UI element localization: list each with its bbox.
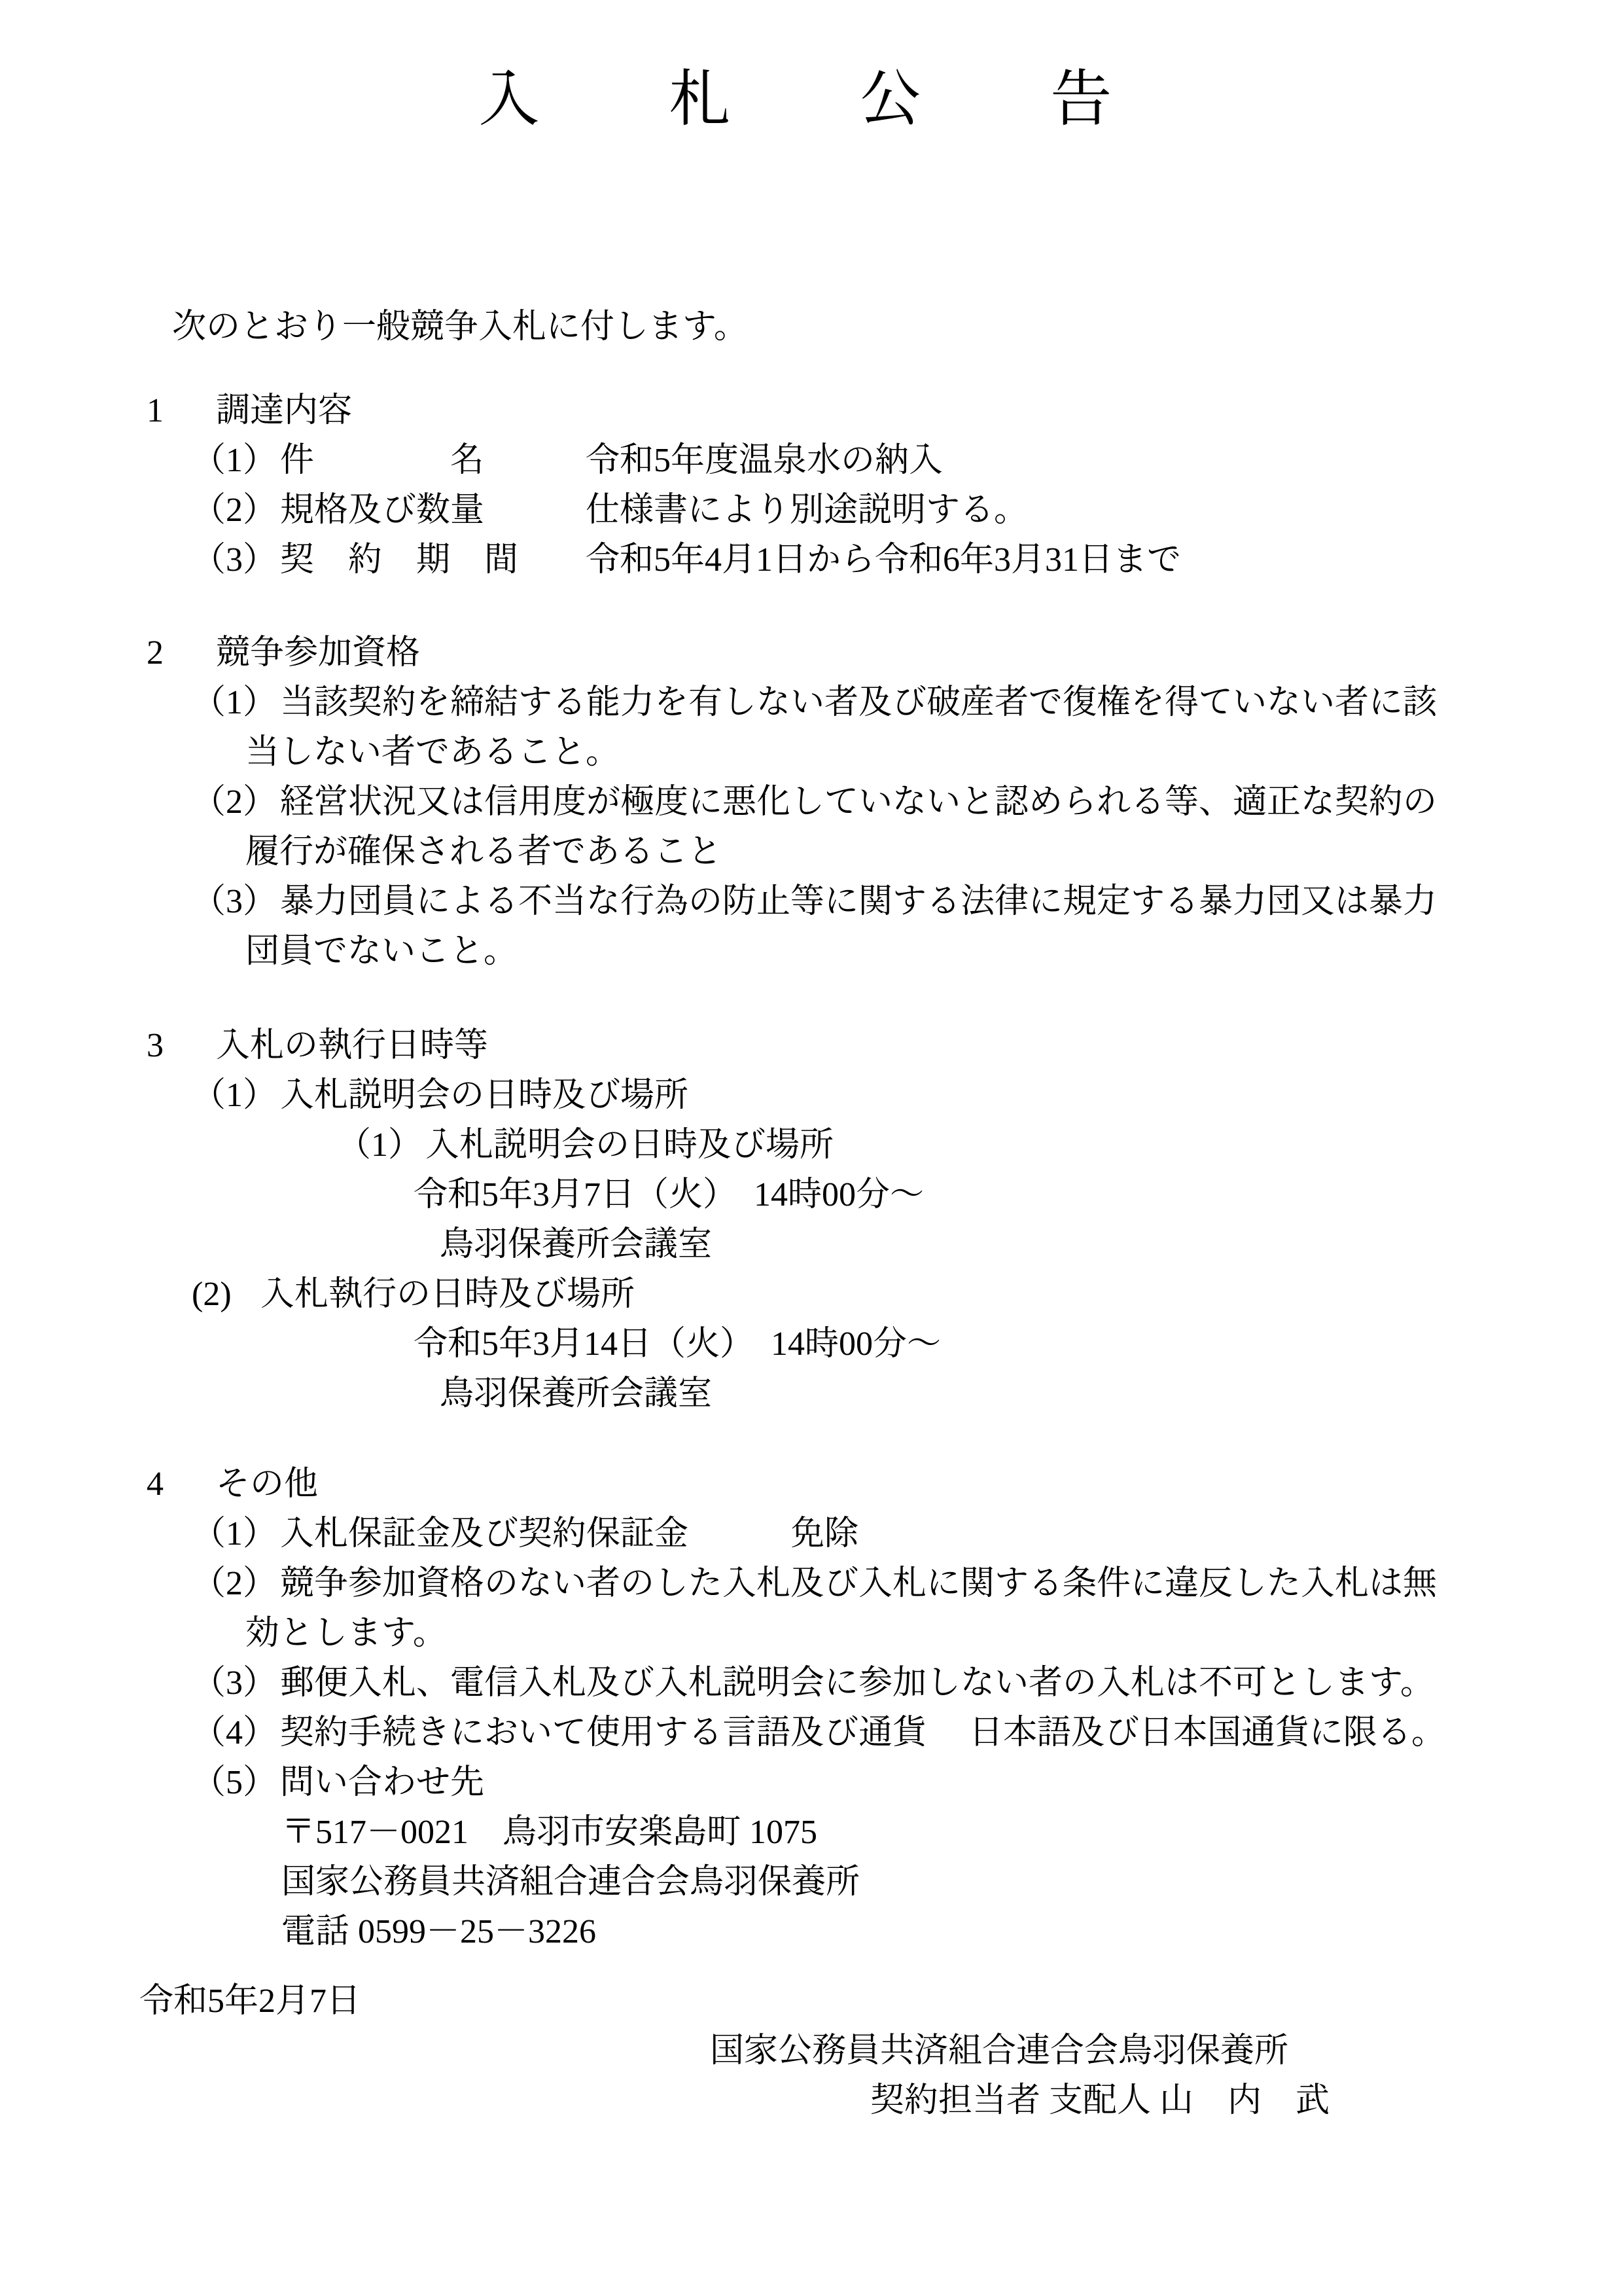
item-marker: （1）	[192, 1071, 280, 1121]
item-marker: （4）	[192, 1708, 280, 1758]
section-4-item-2: （2）競争参加資格のない者のした入札及び入札に関する条件に違反した入札は無	[0, 1559, 1624, 1609]
item-text: 競争参加資格のない者のした入札及び入札に関する条件に違反した入札は無	[280, 1565, 1437, 1602]
item-label: 規格及び数量	[280, 486, 586, 535]
item-marker: （3）	[192, 1659, 280, 1708]
issuing-organization: 国家公務員共済組合連合会鳥羽保養所	[0, 2026, 1624, 2076]
section-1-item-1: （1）件 名令和5年度温泉水の納入	[0, 436, 1624, 486]
section-1-number: 1	[147, 386, 216, 436]
bid-announcement-page: 入 札 公 告 次のとおり一般競争入札に付します。 1調達内容 （1）件 名令和…	[0, 0, 1624, 2296]
item-label: 件 名	[280, 436, 586, 486]
section-4-item-1: （1）入札保証金及び契約保証金 免除	[0, 1509, 1624, 1559]
item-text: 入札保証金及び契約保証金 免除	[280, 1515, 858, 1552]
item-marker: （2）	[192, 486, 280, 535]
item-marker: （2）	[192, 1559, 280, 1609]
item-marker: (2)	[192, 1270, 260, 1319]
section-4-heading: 4その他	[0, 1460, 1624, 1509]
section-3-item-1-nested: （1）入札説明会の日時及び場所	[0, 1121, 1624, 1170]
section-2-heading: 2競争参加資格	[0, 628, 1624, 678]
contact-organization: 国家公務員共済組合連合会鳥羽保養所	[0, 1857, 1624, 1907]
contact-telephone: 電話 0599－25－3226	[0, 1907, 1624, 1957]
item-marker: （5）	[192, 1758, 280, 1808]
section-2-item-2-continuation: 履行が確保される者であること	[0, 827, 1624, 877]
item-value: 令和5年4月1日から令和6年3月31日まで	[586, 541, 1181, 579]
item-marker: （1）	[192, 678, 280, 728]
section-4-title: その他	[216, 1465, 318, 1503]
section-4-item-5: （5）問い合わせ先	[0, 1758, 1624, 1808]
bid-venue: 鳥羽保養所会議室	[0, 1369, 1624, 1419]
section-3-number: 3	[147, 1021, 216, 1071]
item-marker: （3）	[192, 535, 280, 585]
section-2-item-3-continuation: 団員でないこと。	[0, 927, 1624, 977]
briefing-venue: 鳥羽保養所会議室	[0, 1220, 1624, 1270]
item-marker: （1）	[192, 1509, 280, 1559]
section-4-number: 4	[147, 1460, 216, 1509]
section-4-item-4: （4）契約手続きにおいて使用する言語及び通貨 日本語及び日本国通貨に限る。	[0, 1708, 1624, 1758]
item-marker: （3）	[192, 877, 280, 927]
item-text: 入札執行の日時及び場所	[260, 1276, 635, 1313]
item-text: 郵便入札、電信入札及び入札説明会に参加しない者の入札は不可とします。	[280, 1664, 1434, 1702]
item-text: 当該契約を締結する能力を有しない者及び破産者で復権を得ていない者に該	[280, 684, 1437, 721]
item-value: 仕様書により別途説明する。	[586, 492, 1028, 529]
section-1-item-2: （2）規格及び数量仕様書により別途説明する。	[0, 486, 1624, 535]
item-value: 令和5年度温泉水の納入	[586, 442, 943, 479]
item-text: 入札説明会の日時及び場所	[280, 1077, 688, 1114]
intro-line: 次のとおり一般競争入札に付します。	[0, 302, 1624, 352]
contract-officer: 契約担当者 支配人 山 内 武	[0, 2076, 1624, 2126]
bid-datetime: 令和5年3月14日（火） 14時00分～	[0, 1319, 1624, 1369]
section-3-heading: 3入札の執行日時等	[0, 1021, 1624, 1071]
section-3-item-2: (2)入札執行の日時及び場所	[0, 1270, 1624, 1319]
item-marker: （1）	[337, 1121, 425, 1170]
document-title: 入 札 公 告	[0, 0, 1624, 139]
section-4-item-2-continuation: 効とします。	[0, 1609, 1624, 1659]
item-text: 暴力団員による不当な行為の防止等に関する法律に規定する暴力団又は暴力	[280, 883, 1437, 920]
section-3-item-1: （1）入札説明会の日時及び場所	[0, 1071, 1624, 1121]
section-1-title: 調達内容	[216, 392, 352, 429]
item-marker: （2）	[192, 778, 280, 827]
section-2-item-1-continuation: 当しない者であること。	[0, 728, 1624, 778]
section-1-heading: 1調達内容	[0, 386, 1624, 436]
section-3-title: 入札の執行日時等	[216, 1027, 488, 1064]
contact-postal-address: 〒517－0021 鳥羽市安楽島町 1075	[0, 1808, 1624, 1857]
item-label: 契 約 期 間	[280, 535, 586, 585]
section-1-item-3: （3）契 約 期 間令和5年4月1日から令和6年3月31日まで	[0, 535, 1624, 585]
briefing-datetime: 令和5年3月7日（火） 14時00分～	[0, 1170, 1624, 1220]
section-2-item-2: （2）経営状況又は信用度が極度に悪化していないと認められる等、適正な契約の	[0, 778, 1624, 827]
item-text: 経営状況又は信用度が極度に悪化していないと認められる等、適正な契約の	[280, 783, 1437, 821]
announcement-date: 令和5年2月7日	[0, 1977, 1624, 2026]
section-4-item-3: （3）郵便入札、電信入札及び入札説明会に参加しない者の入札は不可とします。	[0, 1659, 1624, 1708]
item-text: 入札説明会の日時及び場所	[425, 1126, 834, 1164]
section-2-item-1: （1）当該契約を締結する能力を有しない者及び破産者で復権を得ていない者に該	[0, 678, 1624, 728]
item-marker: （1）	[192, 436, 280, 486]
section-2-title: 競争参加資格	[216, 634, 420, 672]
item-text: 問い合わせ先	[280, 1764, 484, 1801]
section-2-number: 2	[147, 628, 216, 678]
section-2-item-3: （3）暴力団員による不当な行為の防止等に関する法律に規定する暴力団又は暴力	[0, 877, 1624, 927]
item-text: 契約手続きにおいて使用する言語及び通貨 日本語及び日本国通貨に限る。	[280, 1714, 1445, 1751]
